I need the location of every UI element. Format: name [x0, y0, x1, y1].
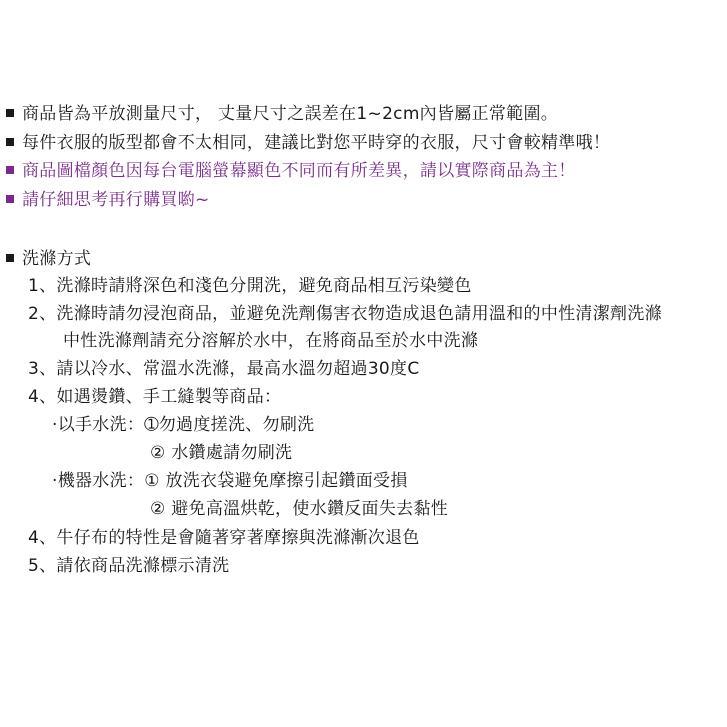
washing-line: 2、洗滌時請勿浸泡商品，並避免洗劑傷害衣物造成退色請用溫和的中性清潔劑洗滌: [28, 304, 662, 324]
washing-line: 5、請依商品洗滌標示清洗: [28, 556, 229, 576]
washing-line: 3、請以冷水、常溫水洗滌，最高水溫勿超過30度C: [28, 359, 420, 379]
section-heading: 洗滌方式: [22, 249, 91, 269]
washing-line: ·機器水洗：① 放洗衣袋避免摩擦引起鑽面受損: [52, 471, 408, 491]
notice-think: 請仔細思考再行購買喲~: [6, 190, 210, 210]
notice-text: 商品圖檔顏色因每台電腦螢幕顯色不同而有所差異，請以實際商品為主！: [22, 161, 576, 181]
notice-text: 每件衣服的版型都會不太相同，建議比對您平時穿的衣服，尺寸會較精準哦！: [22, 133, 610, 153]
notice-color: 商品圖檔顏色因每台電腦螢幕顯色不同而有所差異，請以實際商品為主！: [6, 161, 576, 181]
square-bullet-icon: [6, 138, 14, 146]
washing-line: ② 水鑽處請勿刷洗: [150, 443, 292, 463]
washing-line: 4、牛仔布的特性是會隨著穿著摩擦與洗滌漸次退色: [28, 528, 420, 548]
notice-measurement: 商品皆為平放測量尺寸， 丈量尺寸之誤差在1~2cm內皆屬正常範圍。: [6, 104, 558, 124]
square-bullet-icon: [6, 254, 14, 262]
washing-line: 1、洗滌時請將深色和淺色分開洗，避免商品相互污染變色: [28, 276, 472, 296]
washing-title: 洗滌方式: [6, 249, 91, 269]
washing-line: ·以手水洗：➀勿過度搓洗、勿刷洗: [52, 415, 314, 435]
notice-text: 請仔細思考再行購買喲~: [22, 190, 210, 210]
washing-line: 4、如遇燙鑽、手工縫製等商品：: [28, 387, 281, 407]
square-bullet-icon: [6, 109, 14, 117]
notice-text: 商品皆為平放測量尺寸， 丈量尺寸之誤差在1~2cm內皆屬正常範圍。: [22, 104, 558, 124]
washing-line: ② 避免高溫烘乾，使水鑽反面失去黏性: [150, 499, 448, 519]
washing-line: 中性洗滌劑請充分溶解於水中，在將商品至於水中洗滌: [63, 331, 478, 351]
square-bullet-icon: [6, 166, 14, 174]
square-bullet-icon: [6, 195, 14, 203]
notice-fit: 每件衣服的版型都會不太相同，建議比對您平時穿的衣服，尺寸會較精準哦！: [6, 133, 610, 153]
